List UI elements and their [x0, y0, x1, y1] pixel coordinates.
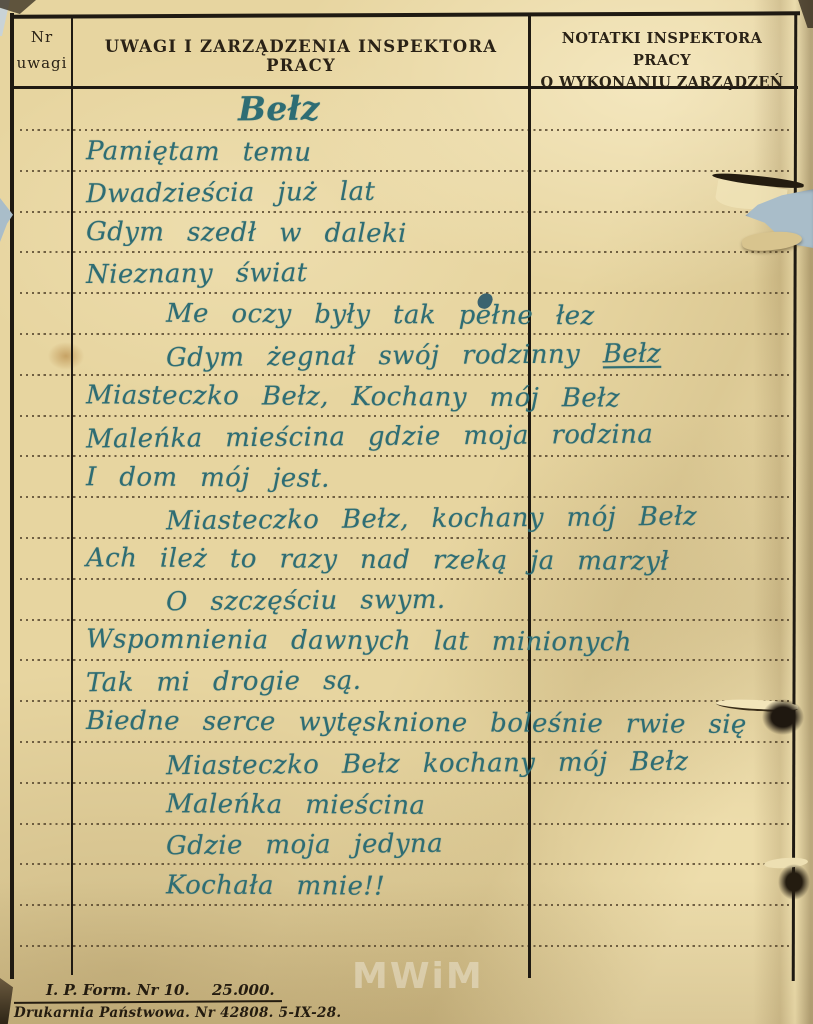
handwriting-line: Maleńka mieścina	[166, 789, 426, 821]
handwriting-line: Miasteczko Bełz kochany mój Bełz	[166, 747, 689, 782]
footer-printer-line: Drukarnia Państwowa. Nr 42808. 5-IX-28.	[14, 1005, 341, 1021]
handwriting-line: Gdym szedł w daleki	[86, 217, 407, 249]
handwriting-line: Me oczy były tak pełne łez	[166, 299, 595, 332]
paper-tear-right-middle	[762, 699, 804, 735]
footer-print-run: 25.000.	[212, 981, 275, 999]
footer-form-number: I. P. Form. Nr 10.	[46, 981, 190, 999]
ruled-line	[20, 659, 792, 661]
ruled-line	[20, 496, 792, 498]
ruled-line	[20, 251, 792, 253]
ruled-line	[20, 863, 792, 865]
handwriting-line: Ach ileż to razy nad rzeką ja marzył	[86, 543, 669, 577]
header-cell-nr: Nr uwagi	[14, 24, 70, 76]
ruled-line	[20, 945, 792, 947]
ruled-line	[20, 700, 792, 702]
ruled-line	[20, 782, 792, 784]
ruled-line	[20, 170, 792, 172]
column-divider-nr	[71, 15, 73, 975]
ruled-line	[20, 292, 792, 294]
ruled-line	[20, 578, 792, 580]
header-cell-notes: NOTATKI INSPEKTORA PRACY O WYKONANIU ZAR…	[533, 28, 791, 94]
ruled-line	[20, 619, 792, 621]
handwriting-line: Maleńka mieścina gdzie moja rodzina	[86, 420, 653, 455]
handwriting-line: Miasteczko Bełz, kochany mój Bełz	[166, 502, 697, 537]
ruled-line	[20, 374, 792, 376]
watermark: MWiM	[352, 956, 484, 997]
handwriting-line: Wspomnienia dawnych lat minionych	[86, 625, 632, 658]
header-notes-line1: NOTATKI INSPEKTORA PRACY	[533, 28, 791, 72]
header-nr-line1: Nr	[14, 24, 70, 50]
handwriting-line: O szczęściu swym.	[166, 584, 446, 616]
ruled-line	[20, 211, 792, 213]
header-cell-remarks: UWAGI I ZARZĄDZENIA INSPEKTORA PRACY	[76, 37, 526, 75]
header-notes-line2: O WYKONANIU ZARZĄDZEŃ	[533, 72, 791, 94]
handwriting-line: Tak mi drogie są.	[86, 666, 362, 698]
handwriting-line: Miasteczko Bełz, Kochany mój Bełz	[86, 380, 620, 413]
ruled-line	[20, 537, 792, 539]
header-nr-line2: uwagi	[14, 50, 70, 76]
ruled-line	[20, 129, 792, 131]
ruled-line	[20, 333, 792, 335]
handwriting-line: Bełz	[238, 89, 320, 129]
handwriting-line: Pamiętam temu	[86, 136, 312, 167]
ruled-line	[20, 823, 792, 825]
column-divider-middle	[528, 15, 531, 978]
ruled-line	[20, 455, 792, 457]
handwriting-line: I dom mój jest.	[86, 462, 330, 493]
handwriting-line: Gdzie moja jedyna	[166, 829, 443, 861]
table-frame-left	[10, 13, 14, 979]
paper-tear-right-lower	[778, 864, 810, 900]
scanned-document-page: { "header": { "col_nr_line1": "Nr", "col…	[0, 0, 813, 1024]
handwriting-line: Biedne serce wytęsknione boleśnie rwie s…	[86, 706, 747, 740]
handwriting-line: Dwadzieścia już lat	[86, 176, 376, 209]
handwriting-line: Gdym żegnał swój rodzinny Bełz	[166, 339, 661, 373]
handwriting-line: Kochała mnie!!	[166, 871, 385, 902]
handwriting-line: Nieznany świat	[86, 258, 308, 290]
ruled-line	[20, 415, 792, 417]
ruled-line	[20, 741, 792, 743]
ruled-line	[20, 904, 792, 906]
